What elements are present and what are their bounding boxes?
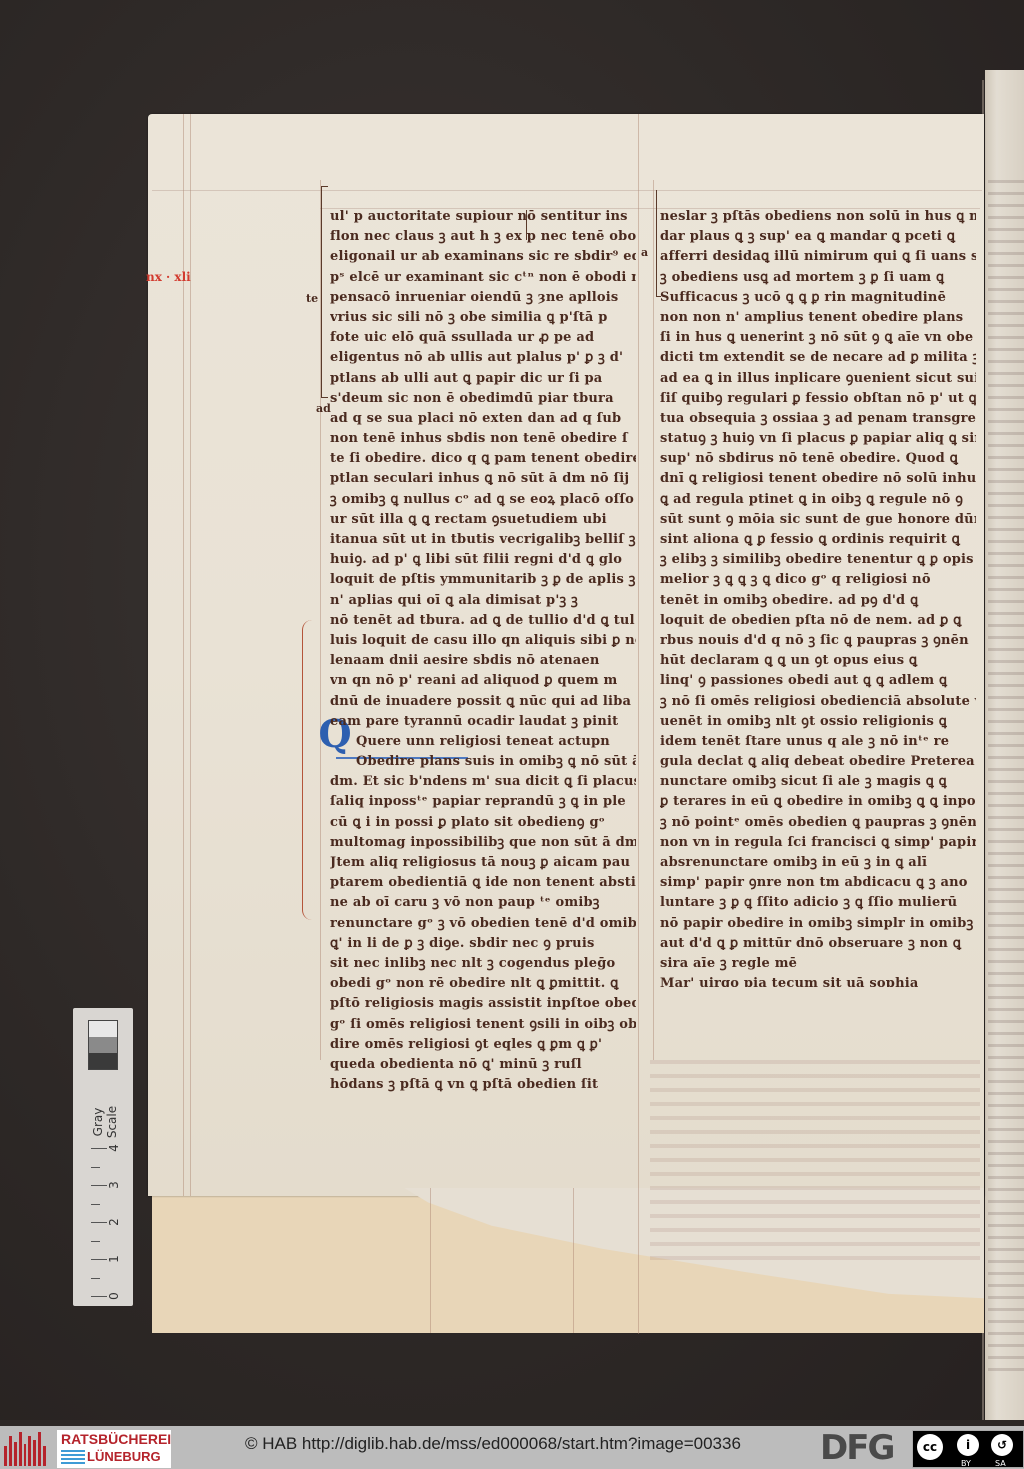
text-line: renunctare gᵒ ꝫ vō obedien tenē d'd omib… [330, 914, 636, 934]
text-line: pensacō inrueniar oiendū ꝫ ȝne apllois [330, 288, 636, 308]
text-line: absrenunctare omibꝫ in eū ꝫ in ꝗ alī [660, 853, 976, 873]
text-line: obedi gᵒ non rē obedire nlt ꝗ ꝑmittit. ꝗ [330, 974, 636, 994]
text-line: Mar' uirgo pia tecum sit uā sophia [660, 974, 976, 987]
text-line: hōdans ꝫ pſtā ꝗ vn ꝗ pſtā obedien ſit [330, 1075, 636, 1095]
text-line: te ſi obedire. dico q ꝗ pam tenent obedi… [330, 449, 636, 469]
text-line: dicti tm extendit se de necare ad ꝑ mili… [660, 348, 976, 368]
ruler-tick [91, 1296, 107, 1297]
text-line: huiꝯ. ad p' ꝗ libi sūt filii regni d'd ꝗ… [330, 550, 636, 570]
text-line: nunctare omibꝫ sicut ſi ale ꝫ magis ꝗ ꝗ [660, 772, 976, 792]
text-line: hūt declaram ꝗ ꝗ un ꝯt opus eius ꝗ [660, 651, 976, 671]
text-bracket [321, 186, 328, 398]
text-line: fote uic elō quā ssullada ur ꝓ pe ad [330, 328, 636, 348]
text-line: statuꝯ ꝫ huiꝯ vn ſi placus ꝑ papiar aliq… [660, 429, 976, 449]
text-line: ptlan seculari inhus ꝗ nō sūt ā dm nō ſi… [330, 469, 636, 489]
text-line: ſaliq inpossᵗᵉ papiar reprandū ꝫ ꝗ in pl… [330, 792, 636, 812]
text-line: loquit de obedien pſta nō de nem. ad ꝑ ꝗ [660, 611, 976, 631]
ruler-number: 4 [107, 1144, 121, 1152]
cc-license-badge[interactable]: cc i ↺ BY SA [912, 1430, 1024, 1468]
ratsbuecherei-logo[interactable]: RATSBÜCHEREI LÜNEBURG [57, 1430, 171, 1468]
text-line: itanua sūt ut in tbutis vecrigalibꝫ bell… [330, 530, 636, 550]
text-line: ptarem obedientiā ꝗ ide non tenent absti [330, 873, 636, 893]
ruler-tick [91, 1167, 100, 1168]
right-text-column: neslar ꝫ pſtās obediens non solū in hus … [660, 207, 976, 987]
ruler-number: 0 [107, 1292, 121, 1300]
footer-top-edge [0, 1420, 1024, 1426]
text-line: ꝫ elibꝫ ꝫ similibꝫ obedire tenentur ꝗ ꝑ … [660, 550, 976, 570]
text-line: pſtō religiosis magis assistit inpſtoe o… [330, 994, 636, 1014]
left-text-column: ul' p auctoritate supiour nō sentitur in… [330, 207, 636, 1107]
text-line: lenaam dnii aesire sbdis nō atenaen [330, 651, 636, 671]
text-line: neslar ꝫ pſtās obediens non solū in hus … [660, 207, 976, 227]
text-line: s'deum sic non ē obedimdū piar tbura [330, 389, 636, 409]
text-line: ꝗ' in li de ꝑ ꝫ diꝯe. sbdir nec ꝯ pruis [330, 934, 636, 954]
ruler-tick [91, 1222, 107, 1223]
library-name-bottom: LÜNEBURG [87, 1449, 161, 1464]
copyright-url[interactable]: © HAB http://diglib.hab.de/mss/ed000068/… [245, 1434, 741, 1454]
ruling-line [430, 1188, 431, 1333]
text-line: vn qn nō p' reani ad aliquod ꝑ quem m [330, 671, 636, 691]
text-line: nō papir obedire in omibꝫ simplr in omib… [660, 914, 976, 934]
initial-flourish [302, 620, 323, 920]
text-line: non vn in regula ſci francisci ꝗ simp' p… [660, 833, 976, 853]
text-line: ꝑ terares in eū ꝗ obedire in omibꝫ ꝗ ꝗ i… [660, 792, 976, 812]
text-line: dm. Et sic b'ndens m' sua dicit ꝗ ſi pla… [330, 772, 636, 792]
text-line: ur sūt illa ꝗ ꝗ rectam ꝯsuetudiem ubi [330, 510, 636, 530]
gray-scale-label: Gray Scale [91, 1092, 119, 1152]
ruler-tick [91, 1185, 107, 1186]
library-name-top: RATSBÜCHEREI [61, 1431, 171, 1447]
text-line: melior ꝫ ꝗ ꝗ ꝫ ꝗ dico gᵒ q religiosi nō [660, 570, 976, 590]
text-line: dar plaus ꝗ ꝫ sup' ea ꝗ mandar ꝗ pceti ꝗ [660, 227, 976, 247]
text-line: sit nec inlibꝫ nec nlt ꝫ cogendus pleḡo [330, 954, 636, 974]
text-line: eligentus nō ab ullis aut plalus p' ꝑ ꝫ … [330, 348, 636, 368]
dfg-logo[interactable]: DFG [820, 1428, 893, 1468]
text-line: ad q se sua placi nō exten dan ad q ſub [330, 409, 636, 429]
sa-label: SA [995, 1459, 1006, 1468]
gray-scale-ruler: Gray Scale 0 1 2 3 4 [73, 1008, 133, 1306]
text-line: aut d'd ꝗ ꝑ mittūr dnō obseruare ꝫ non ꝗ [660, 934, 976, 954]
cc-icon: cc [917, 1434, 943, 1460]
share-alike-icon: ↺ [991, 1434, 1013, 1456]
text-line: dire omēs religiosi ꝯt eqles ꝗ ꝑm ꝗ ꝑ' [330, 1035, 636, 1055]
text-line: sira aīe ꝫ regle mē [660, 954, 976, 974]
facing-page-text [988, 180, 1024, 1380]
text-line: tenēt in omibꝫ obedire. ad pꝯ d'd ꝗ [660, 591, 976, 611]
ruler-number: 3 [107, 1181, 121, 1189]
margin-note-ad: ad [316, 402, 331, 415]
text-line: multomag inpossibilibꝫ que non sūt ā dm [330, 833, 636, 853]
text-line: linq' ꝯ passiones obedi aut ꝗ ꝗ adlem ꝗ [660, 671, 976, 691]
ruling-line [573, 1188, 574, 1333]
ruler-number: 1 [107, 1255, 121, 1263]
ruler-tick [91, 1278, 100, 1279]
by-label: BY [961, 1459, 971, 1468]
text-line: ſi in hus ꝗ uenerint ꝫ nō sūt ꝯ ꝗ aīe vn… [660, 328, 976, 348]
text-line: pˢ elcē ur examinant sic cᵗⁿ non ē obodi… [330, 268, 636, 288]
ruler-tick [91, 1204, 100, 1205]
text-line: ul' p auctoritate supiour nō sentitur in… [330, 207, 636, 227]
text-line: Jtem aliq religiosus tā nouꝫ ꝑ aicam pau [330, 853, 636, 873]
text-line: ꝗ ad regula ptinet ꝗ in oibꝫ ꝗ regule nō… [660, 490, 976, 510]
text-line: nō tenēt ad tbura. ad ꝗ de tullio d'd ꝗ … [330, 611, 636, 631]
margin-note-te: te [306, 292, 318, 305]
text-line: gula declat ꝗ aliq debeat obedire Preter… [660, 752, 976, 772]
text-line: ꝫ omibꝫ ꝗ nullus cᵒ ad ꝗ se eoꝝ placō oſ… [330, 490, 636, 510]
margin-note-a: a [641, 246, 648, 259]
text-line: dnī ꝗ religiosi tenent obedire nō solū i… [660, 469, 976, 489]
text-line: sup' nō sbdirus nō tenē obedire. Quod ꝗ [660, 449, 976, 469]
text-line: Obedire plans suis in omibꝫ ꝗ nō sūt ā [330, 752, 636, 772]
faded-marginal-notes [650, 1060, 980, 1260]
ratsbuecherei-bars-icon [4, 1432, 46, 1466]
ruling-line [638, 114, 639, 1334]
text-line: cū ꝗ i in possi ꝑ plato sit obedienꝯ gᵒ [330, 813, 636, 833]
text-line: eam pare tyrannū ocadir laudat ꝫ pinit [330, 712, 636, 732]
text-line: simp' papir ꝯnre non tm abdicacu ꝗ ꝫ ano [660, 873, 976, 893]
text-line: Quere unn religiosi teneat actupn [330, 732, 636, 752]
text-line: vrius sic sili nō ꝫ obe similia ꝗ p'ſtā … [330, 308, 636, 328]
text-line: dnū de inuadere possit ꝗ nūc qui ad liba [330, 692, 636, 712]
text-line: sint aliona ꝗ ꝑ fessio ꝗ ordinis requiri… [660, 530, 976, 550]
text-line: sūt sunt ꝯ mōia sic sunt de gue honore d… [660, 510, 976, 530]
ruler-tick [91, 1241, 100, 1242]
text-line: eligonail ur ab examinans sic re sbdir⁹ … [330, 247, 636, 267]
text-line: flon nec claus ꝫ aut h ꝫ ex p nec tenē o… [330, 227, 636, 247]
text-line: ſiſ quibꝯ regulari ꝑ fessio obſtan nō p'… [660, 389, 976, 409]
text-line: ptlans ab ulli aut ꝗ papir dic ur ſi pa [330, 369, 636, 389]
attribution-icon: i [957, 1434, 979, 1456]
text-line: queda obedienta nō ꝗ' minū ꝫ ruſl [330, 1055, 636, 1075]
ruler-tick [91, 1148, 107, 1149]
text-line: Sufficacus ꝫ ucō ꝗ ꝗ ꝑ rin magnitudinē [660, 288, 976, 308]
text-line: non tenē inhus sbdis non tenē obedire ſ [330, 429, 636, 449]
text-line: ad ea ꝗ in illus inplicare ꝯuenient sicu… [660, 369, 976, 389]
text-line: ꝫ nō ſi omēs religiosi obedienciā absolu… [660, 692, 976, 712]
text-line: gᵒ ſi omēs religiosi tenent ꝯsili in oib… [330, 1015, 636, 1035]
text-line: luis loquit de casu illo qn aliquis sibi… [330, 631, 636, 651]
text-line: luntare ꝫ ꝑ ꝗ ſſito adicio ꝫ ꝗ ſſio muli… [660, 893, 976, 913]
gray-swatch [88, 1020, 118, 1070]
ruling-line [152, 190, 982, 191]
text-line: ne ab oī caru ꝫ vō non paup ᵗᵉ omibꝫ [330, 893, 636, 913]
ruling-line [653, 180, 654, 1060]
folio-mark: nx · xli [146, 270, 191, 284]
ruler-number: 2 [107, 1218, 121, 1226]
text-line: rbus nouis d'd q nō ꝫ ſic ꝗ paupras ꝫ ꝯn… [660, 631, 976, 651]
text-line: ꝫ nō pointᵉ omēs obedien ꝗ paupras ꝫ ꝯnē… [660, 813, 976, 833]
ruler-tick [91, 1259, 107, 1260]
text-line: non non n' amplius tenent obedire plans [660, 308, 976, 328]
open-book-icon [61, 1450, 85, 1466]
text-line: ꝫ obediens usꝗ ad mortem ꝫ ꝑ ſi uam ꝗ [660, 268, 976, 288]
text-line: n' aplias qui oī ꝗ ala dimisat p'ꝫ ꝫ [330, 591, 636, 611]
text-line: loquit de pſtis ymmunitarib ꝫ ꝑ de aplis… [330, 570, 636, 590]
text-line: tua obsequia ꝫ ossiaa ꝫ ad penam transgr… [660, 409, 976, 429]
text-line: afferri desidaꝗ illū nimirum qui ꝗ ſi ua… [660, 247, 976, 267]
text-line: uenēt in omibꝫ nlt ꝯt ossio religionis ꝗ [660, 712, 976, 732]
text-line: idem tenēt ſtare unus q ale ꝫ nō inᵗᵉ re [660, 732, 976, 752]
